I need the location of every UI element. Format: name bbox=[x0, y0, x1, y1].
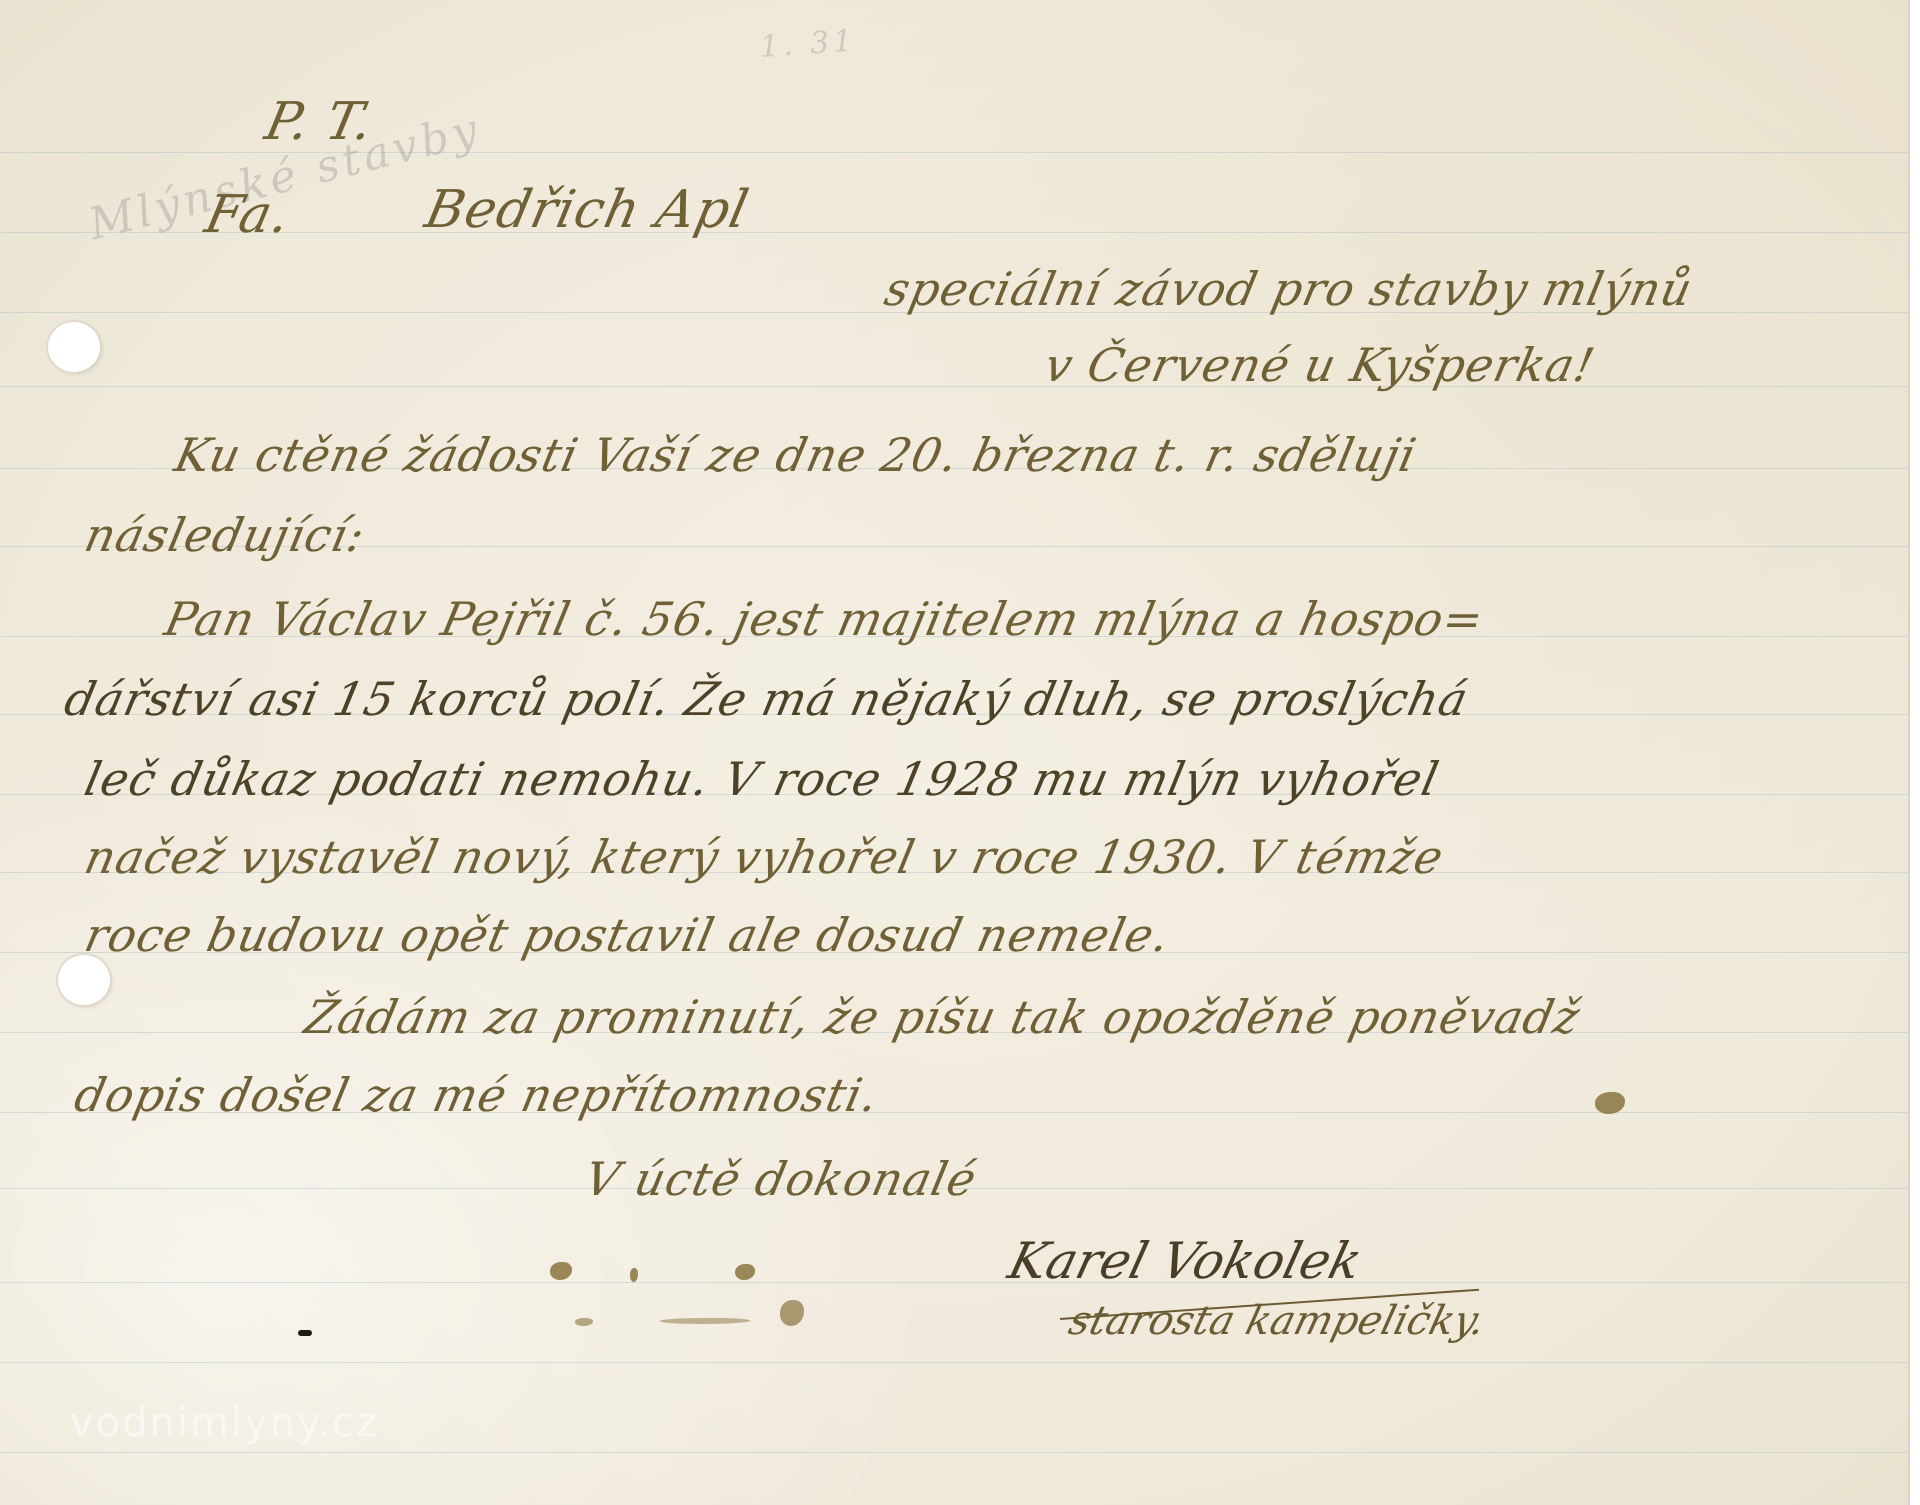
ruled-line bbox=[0, 386, 1908, 387]
signature-name: Karel Vokolek bbox=[1003, 1232, 1368, 1290]
ruled-line bbox=[0, 152, 1908, 153]
body-line: leč důkaz podati nemohu. V roce 1928 mu … bbox=[80, 752, 1444, 806]
punch-hole bbox=[58, 955, 110, 1005]
recipient-line-3: v Červené u Kyšperka! bbox=[1040, 338, 1600, 392]
ruled-line bbox=[0, 232, 1908, 233]
faint-pencil-note: 1. 31 bbox=[759, 23, 858, 65]
ink-blot bbox=[1595, 1092, 1625, 1114]
ink-dash bbox=[298, 1330, 312, 1336]
letter-paper: Mlýnské stavby 1. 31 P. T. Fa. Bedřich A… bbox=[0, 0, 1910, 1505]
recipient-prefix: Fa. bbox=[200, 185, 296, 245]
punch-hole bbox=[48, 322, 100, 372]
ink-blot bbox=[575, 1318, 593, 1326]
ink-blot bbox=[630, 1268, 638, 1282]
body-line: Pan Václav Pejřil č. 56. jest majitelem … bbox=[160, 592, 1489, 646]
body-line: roce budovu opět postavil ale dosud neme… bbox=[80, 908, 1175, 962]
body-line: následující: bbox=[80, 508, 370, 562]
ruled-line bbox=[0, 1362, 1908, 1363]
ruled-line bbox=[0, 1282, 1908, 1283]
recipient-name: Bedřich Apl bbox=[420, 180, 754, 240]
watermark: vodnimlyny.cz bbox=[70, 1400, 379, 1446]
body-line: dopis došel za mé nepřítomnosti. bbox=[70, 1068, 884, 1122]
ink-blot bbox=[780, 1300, 804, 1326]
salutation-abbrev: P. T. bbox=[260, 92, 379, 152]
body-line: Žádám za prominutí, že píšu tak opožděně… bbox=[300, 990, 1585, 1044]
ink-blot bbox=[660, 1318, 750, 1324]
body-line: dářství asi 15 korců polí. Že má nějaký … bbox=[60, 672, 1474, 726]
body-line: Ku ctěné žádosti Vaší ze dne 20. března … bbox=[170, 428, 1421, 482]
body-line: načež vystavěl nový, který vyhořel v roc… bbox=[80, 830, 1449, 884]
ink-blot bbox=[735, 1264, 755, 1280]
recipient-line-2: speciální závod pro stavby mlýnů bbox=[880, 262, 1698, 316]
signature-title: starosta kampeličky. bbox=[1064, 1298, 1490, 1344]
ruled-line bbox=[0, 1452, 1908, 1453]
closing: V úctě dokonalé bbox=[580, 1152, 982, 1206]
ink-blot bbox=[550, 1262, 572, 1280]
